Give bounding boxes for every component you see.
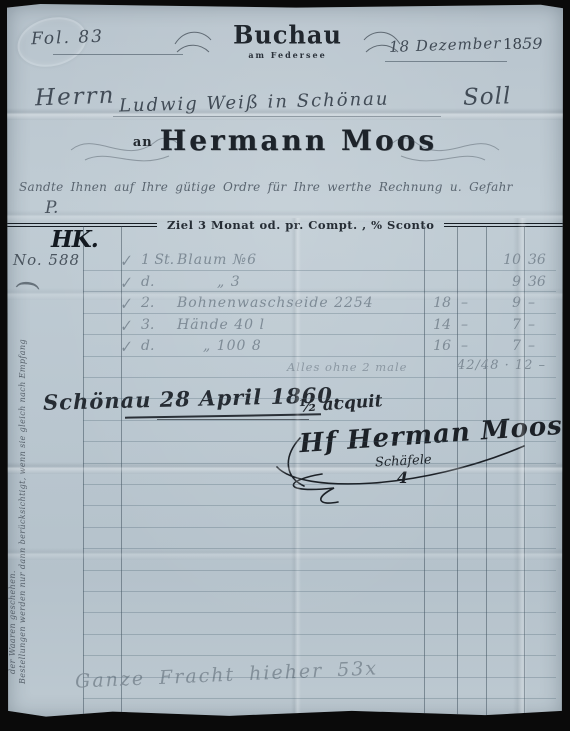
row-qty: d. [141, 274, 154, 290]
margin-clause-line2: der Waaren geschehen. [8, 474, 17, 674]
place-subtitle: am Federsee [185, 50, 390, 60]
ruled-line [83, 356, 556, 357]
letterhead-place: Buchau am Federsee [185, 20, 390, 60]
date-year: 1859 [503, 34, 542, 53]
row-desc: Blaum №6 [177, 252, 257, 268]
debit-label: Soll [463, 83, 512, 111]
ruled-line [83, 698, 556, 699]
printed-clause: Sandte Ihnen auf Ihre gütige Ordre für I… [19, 180, 543, 194]
row-amount: 10 [497, 252, 521, 268]
row-qty: 1 St. [141, 252, 174, 268]
merchant-mark: HK. [51, 226, 98, 253]
ruled-line [83, 291, 556, 292]
row-price: 14 [421, 317, 451, 333]
row-amount-kr: 36 [528, 252, 546, 268]
salutation: Herrn [35, 83, 116, 112]
ruled-line [83, 591, 556, 592]
row-price: 18 [421, 295, 451, 311]
row-amount: 7 [497, 338, 521, 354]
row-amount-kr: 36 [528, 274, 546, 290]
ruled-line [83, 398, 556, 399]
ruled-line [83, 334, 556, 335]
row-price-kr: – [461, 295, 468, 311]
ruled-line [83, 441, 556, 442]
row-desc: Bohnenwaschseide 2254 [177, 295, 374, 311]
note-text: Alles ohne 2 male [287, 360, 407, 374]
date-day-month: 18 Dezember [389, 34, 502, 56]
flourish-icon [385, 122, 505, 172]
row-price: 16 [421, 338, 451, 354]
terms-label: Ziel 3 Monat od. pr. Compt. , % Sconto [163, 218, 438, 232]
p-mark: P. [45, 198, 58, 218]
year-written: 59 [522, 34, 542, 53]
table-row: ✓ 1 St. Blaum №6 10 36 [7, 252, 563, 272]
folio-number: Fol. 83 [31, 27, 105, 50]
place-name: Buchau [185, 19, 390, 49]
ruled-line [83, 270, 556, 271]
row-amount: 7 [497, 317, 521, 333]
ruled-line [83, 570, 556, 571]
ruled-line [83, 548, 556, 549]
row-amount: 9 [497, 295, 521, 311]
ruled-line [83, 527, 556, 528]
addressee-underline [113, 116, 441, 117]
company-prefix: an [133, 135, 153, 150]
scanned-invoice: Fol. 83 Buchau am Federsee 18 Dezember 1… [0, 0, 570, 731]
row-amount: 9 [497, 274, 521, 290]
row-qty: 3. [141, 317, 154, 333]
row-amount-kr: – [528, 338, 535, 354]
ruled-line [83, 634, 556, 635]
row-price-kr: – [461, 317, 468, 333]
row-qty: d. [141, 338, 154, 354]
ruled-line [83, 377, 556, 378]
row-desc: „ 100 8 [203, 338, 262, 354]
receipt-underline [125, 413, 321, 418]
check-mark-icon: ✓ [118, 251, 134, 271]
check-mark-icon: ✓ [118, 294, 134, 314]
ruled-line [83, 420, 556, 421]
row-desc: „ 3 [217, 274, 241, 290]
folio-underline [53, 54, 183, 55]
year-printed: 18 [503, 35, 522, 53]
check-mark-icon: ✓ [118, 273, 134, 293]
paper: Fol. 83 Buchau am Federsee 18 Dezember 1… [7, 4, 563, 718]
ruled-line [83, 612, 556, 613]
fold-crease [7, 548, 563, 560]
row-qty: 2. [141, 295, 154, 311]
note-sum: 42/48 · 12 – [457, 358, 546, 373]
row-amount-kr: – [528, 317, 535, 333]
ruled-line [83, 655, 556, 656]
row-price-kr: – [461, 338, 468, 354]
row-desc: Hände 40 l [177, 317, 265, 333]
ruled-line [83, 677, 556, 678]
ruled-line [83, 484, 556, 485]
ruled-line [83, 313, 556, 314]
ruled-line [83, 463, 556, 464]
margin-clause-line1: Bestellungen werden nur dann berücksicht… [18, 280, 27, 684]
date-underline [385, 61, 507, 62]
ruled-line [83, 505, 556, 506]
addressee-name: Ludwig Weiß in Schönau [119, 88, 390, 116]
row-amount-kr: – [528, 295, 535, 311]
rule-segment [444, 223, 563, 227]
check-mark-icon: ✓ [118, 337, 134, 357]
check-mark-icon: ✓ [118, 316, 134, 336]
